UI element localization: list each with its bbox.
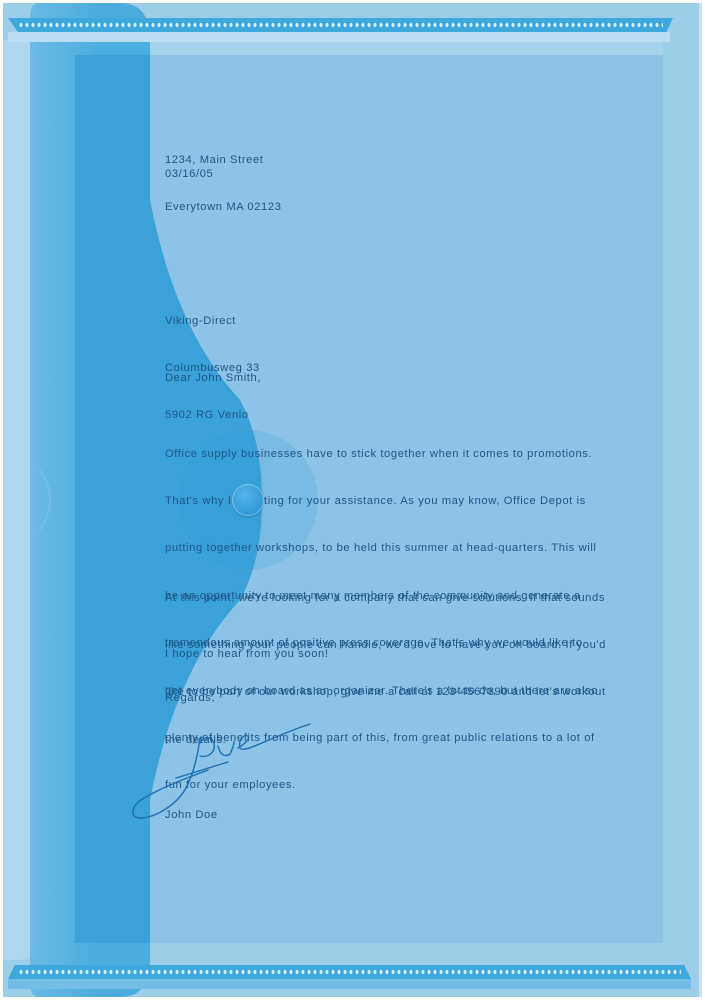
- top-zip-strip: [8, 18, 673, 32]
- paragraph-line: like to be part of our workshop, give me…: [165, 685, 606, 701]
- bottom-zip-highlight: [8, 979, 691, 989]
- handwritten-signature: [128, 718, 318, 828]
- top-zip-highlight: [8, 32, 670, 42]
- sender-address: 1234, Main Street Everytown MA 02123: [165, 121, 282, 247]
- closing-line: I hope to hear from you soon!: [165, 647, 329, 663]
- sender-city: Everytown MA 02123: [165, 200, 282, 216]
- snap-button-closure[interactable]: [232, 484, 264, 516]
- regards: Regards,: [165, 691, 215, 707]
- paragraph-line: At this point, we're looking for a compa…: [165, 591, 606, 607]
- paragraph-line: That's why I'm writing for your assistan…: [165, 494, 598, 510]
- recipient-company: Viking-Direct: [165, 314, 260, 330]
- salutation: Dear John Smith,: [165, 371, 261, 387]
- zip-teeth: [18, 22, 663, 28]
- bottom-zip-strip: [8, 965, 691, 979]
- letter-date: 03/16/05: [165, 167, 213, 183]
- zip-teeth: [18, 969, 681, 975]
- paragraph-line: Office supply businesses have to stick t…: [165, 447, 598, 463]
- paragraph-line: putting together workshops, to be held t…: [165, 541, 598, 557]
